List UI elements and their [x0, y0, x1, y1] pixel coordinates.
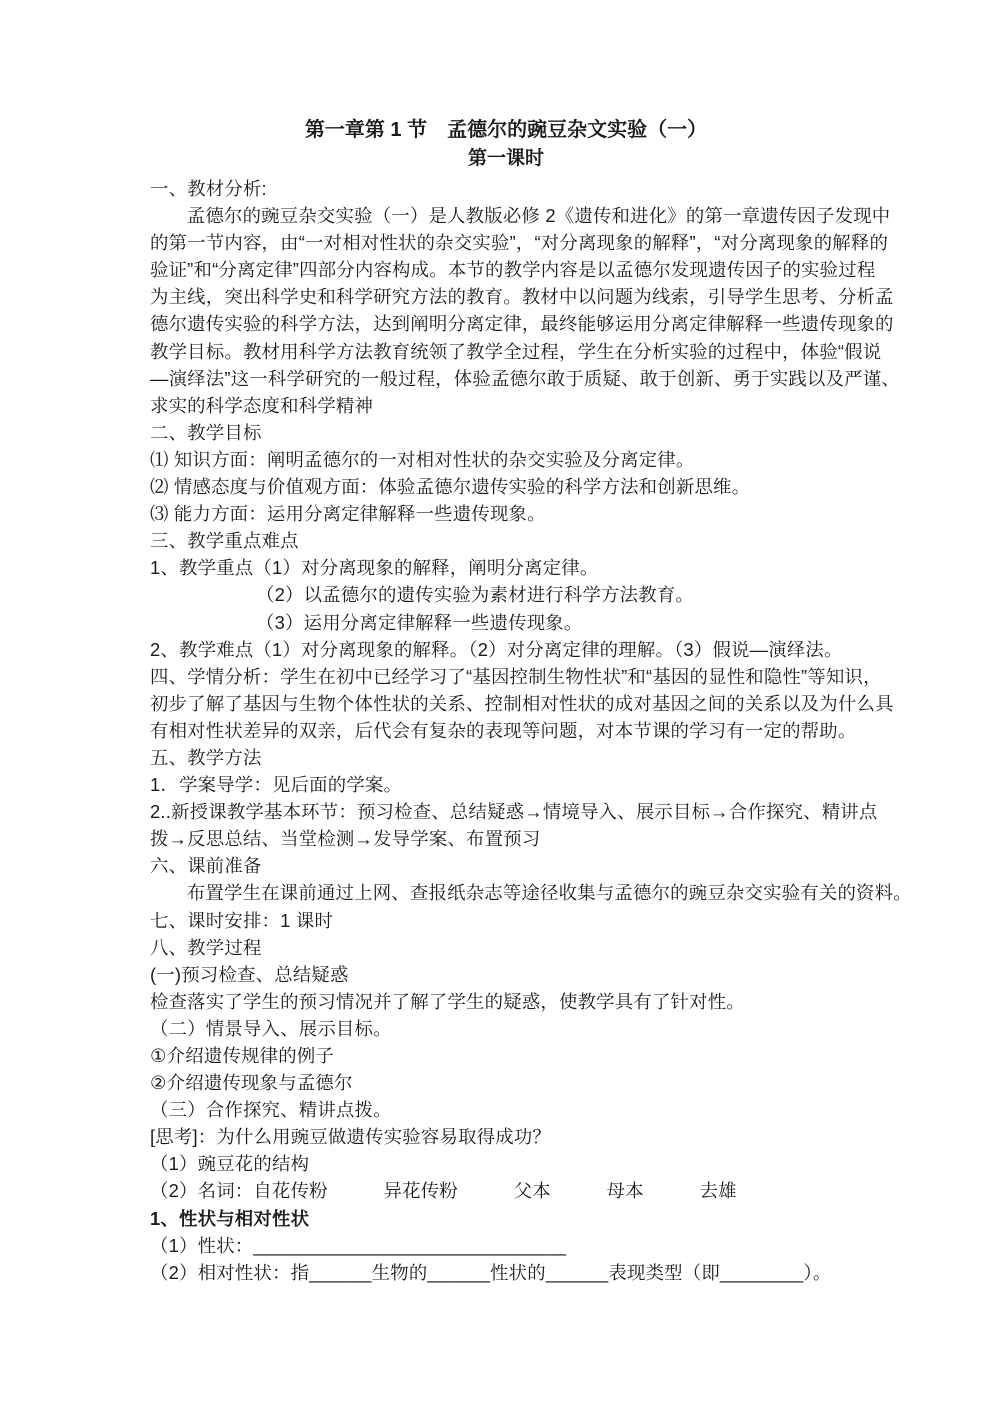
doc-line-blank-relative-trait: （2）相对性状：指______生物的______性状的______表现类型（即_…	[150, 1259, 862, 1286]
doc-line-terms: （2）名词：自花传粉 异花传粉 父本 母本 去雄	[150, 1177, 862, 1204]
doc-line: 1、教学重点（1）对分离现象的解释，阐明分离定律。	[150, 554, 862, 581]
doc-line: 有相对性状差异的双亲，后代会有复杂的表现等问题，对本节课的学习有一定的帮助。	[150, 717, 862, 744]
doc-line: 初步了解了基因与生物个体性状的关系、控制相对性状的成对基因之间的关系以及为什么具	[150, 690, 862, 717]
doc-line-section-8-heading: 八、教学过程	[150, 934, 862, 961]
doc-line: （3）运用分离定律解释一些遗传现象。	[150, 609, 862, 636]
document-page: 第一章第 1 节 孟德尔的豌豆杂文实验（一） 第一课时 一、教材分析: 孟德尔的…	[0, 0, 1000, 1414]
doc-line: 孟德尔的豌豆杂交实验（一）是人教版必修 2《遗传和进化》的第一章遗传因子发现中	[150, 202, 862, 229]
doc-line: ⑶ 能力方面：运用分离定律解释一些遗传现象。	[150, 500, 862, 527]
doc-line: ②介绍遗传现象与孟德尔	[150, 1069, 862, 1096]
doc-line-section-6-heading: 六、课前准备	[150, 852, 862, 879]
doc-line-section-4-heading: 四、学情分析：学生在初中已经学习了“基因控制生物性状”和“基因的显性和隐性”等知…	[150, 663, 862, 690]
doc-line: ⑴ 知识方面：阐明孟德尔的一对相对性状的杂交实验及分离定律。	[150, 446, 862, 473]
doc-line-think-question: [思考]：为什么用豌豆做遗传实验容易取得成功？	[150, 1123, 862, 1150]
doc-line-section-2-heading: 二、教学目标	[150, 419, 862, 446]
doc-line-section-1-heading: 一、教材分析:	[150, 175, 862, 202]
doc-line: 布置学生在课前通过上网、查报纸杂志等途径收集与孟德尔的豌豆杂交实验有关的资料。	[150, 879, 862, 906]
doc-line-section-5-heading: 五、教学方法	[150, 744, 862, 771]
doc-line: （三）合作探究、精讲点拨。	[150, 1096, 862, 1123]
doc-line-traits-heading: 1、性状与相对性状	[150, 1205, 862, 1232]
doc-line: 为主线，突出科学史和科学研究方法的教育。教材中以问题为线索，引导学生思考、分析孟	[150, 283, 862, 310]
document-subtitle: 第一课时	[150, 145, 862, 173]
doc-line: 求实的科学态度和科学精神	[150, 392, 862, 419]
doc-line: ①介绍遗传规律的例子	[150, 1042, 862, 1069]
doc-line: ⑵ 情感态度与价值观方面：体验孟德尔遗传实验的科学方法和创新思维。	[150, 473, 862, 500]
document-title: 第一章第 1 节 孟德尔的豌豆杂文实验（一）	[150, 116, 862, 145]
doc-line: （二）情景导入、展示目标。	[150, 1015, 862, 1042]
doc-line: 1．学案导学：见后面的学案。	[150, 771, 862, 798]
doc-line-blank-trait: （1）性状：______________________________	[150, 1232, 862, 1259]
doc-line: 拨→反思总结、当堂检测→发导学案、布置预习	[150, 825, 862, 852]
doc-line: —演绎法”这一科学研究的一般过程，体验孟德尔敢于质疑、敢于创新、勇于实践以及严谨…	[150, 365, 862, 392]
doc-line: 验证”和“分离定律”四部分内容构成。本节的教学内容是以孟德尔发现遗传因子的实验过…	[150, 256, 862, 283]
doc-line-section-7-heading: 七、课时安排：1 课时	[150, 907, 862, 934]
doc-line: 教学目标。教材用科学方法教育统领了教学全过程，学生在分析实验的过程中，体验“假说	[150, 338, 862, 365]
document-content: 第一章第 1 节 孟德尔的豌豆杂文实验（一） 第一课时 一、教材分析: 孟德尔的…	[150, 116, 862, 1286]
doc-line: （2）以孟德尔的遗传实验为素材进行科学方法教育。	[150, 581, 862, 608]
doc-line: 2、教学难点（1）对分离现象的解释。（2）对分离定律的理解。（3）假说—演绎法。	[150, 636, 862, 663]
doc-line: (一)预习检查、总结疑惑	[150, 961, 862, 988]
doc-line: 的第一节内容，由“一对相对性状的杂交实验”，“对分离现象的解释”，“对分离现象的…	[150, 229, 862, 256]
doc-line-section-3-heading: 三、教学重点难点	[150, 527, 862, 554]
doc-line: 德尔遗传实验的科学方法，达到阐明分离定律，最终能够运用分离定律解释一些遗传现象的	[150, 310, 862, 337]
doc-line: 检查落实了学生的预习情况并了解了学生的疑惑，使教学具有了针对性。	[150, 988, 862, 1015]
doc-line: （1）豌豆花的结构	[150, 1150, 862, 1177]
doc-line: 2..新授课教学基本环节：预习检查、总结疑惑→情境导入、展示目标→合作探究、精讲…	[150, 798, 862, 825]
